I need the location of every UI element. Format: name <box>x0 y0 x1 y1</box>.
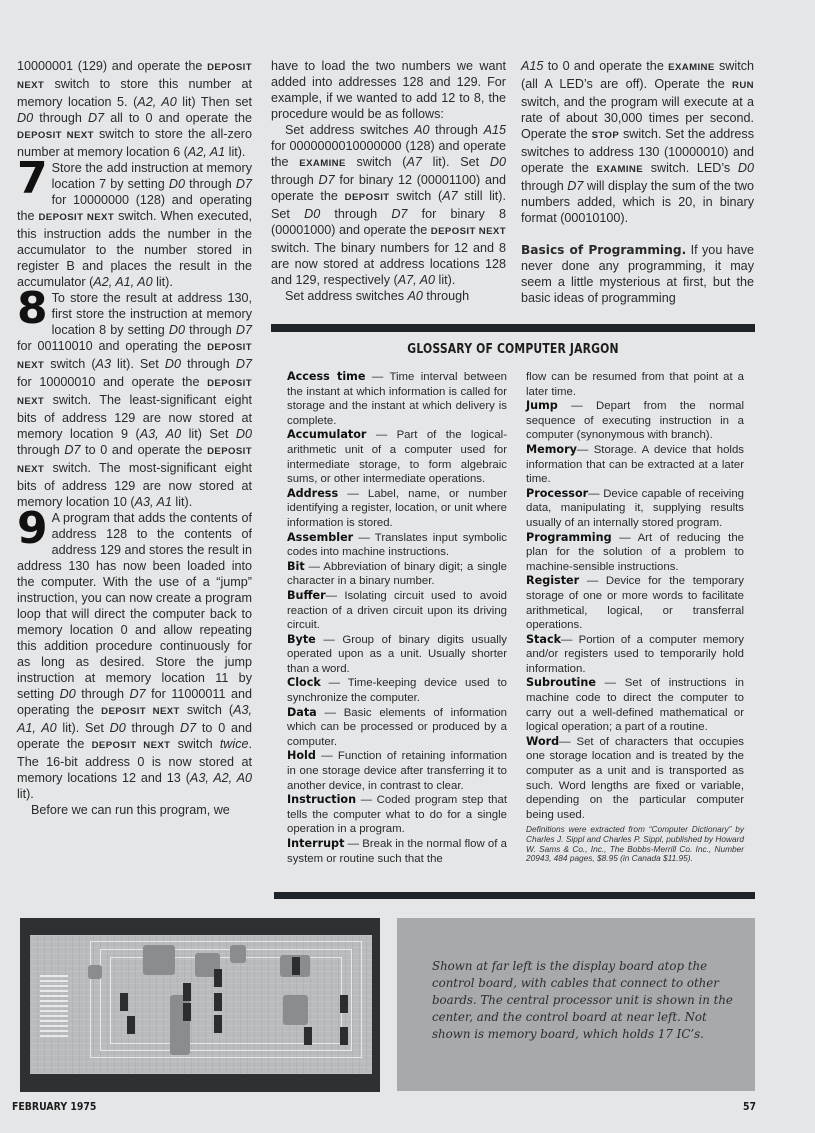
text-run: through <box>17 443 64 457</box>
text-run: lit). <box>435 273 455 287</box>
italic-text: D0 <box>738 161 754 175</box>
paragraph-basics: Basics of Programming. If you have never… <box>521 242 754 306</box>
italic-text: D0 <box>169 177 185 191</box>
switch-name: RUN <box>732 80 754 91</box>
italic-text: D7 <box>180 721 196 735</box>
text-run: through <box>185 323 236 337</box>
ic-chip <box>183 983 191 1001</box>
ic-chip <box>292 957 300 975</box>
step-9: 9A program that adds the contents of add… <box>17 510 252 802</box>
italic-text: D0 <box>490 155 506 169</box>
italic-text: A15 <box>521 59 543 73</box>
glossary-entry: Word— Set of characters that occupies on… <box>526 735 744 823</box>
paragraph-intro: 10000001 (129) and operate the DEPOSIT N… <box>17 58 252 160</box>
ic-chip <box>340 995 348 1013</box>
glossary-term: Interrupt <box>287 837 344 850</box>
italic-text: A3, A2, A0 <box>190 771 252 785</box>
subhead-basics: Basics of Programming. <box>521 243 686 257</box>
article-column-2: have to load the two numbers we want add… <box>271 58 506 304</box>
glossary-definition: — Depart from the normal sequence of exe… <box>526 400 744 441</box>
glossary-definition: — Group of binary digits usually operate… <box>287 634 507 675</box>
italic-text: A2, A1, A0 <box>93 275 152 289</box>
board-image <box>30 935 372 1074</box>
glossary-entry: Register — Device for the temporary stor… <box>526 574 744 632</box>
text-run: lit). <box>17 787 34 801</box>
text-run: for 10000010 and operate the <box>17 375 207 389</box>
glossary-term: Jump <box>526 399 558 412</box>
circuit-board-photo <box>20 918 380 1092</box>
text-run: switch. The binary numbers for 12 and 8 … <box>271 241 506 287</box>
glossary-column-1: Access time — Time interval between the … <box>287 370 507 866</box>
glossary-entry: Interrupt — Break in the normal flow of … <box>287 837 507 866</box>
glossary-entry: Stack— Portion of a computer memory and/… <box>526 633 744 677</box>
glossary-term: Subroutine <box>526 676 596 689</box>
italic-text: A3, A0 <box>140 427 181 441</box>
text-run: through <box>126 721 180 735</box>
edge-connector-pads <box>40 975 68 1037</box>
text-run: through <box>76 687 130 701</box>
italic-text: A3 <box>96 357 111 371</box>
italic-text: D7 <box>567 179 583 193</box>
italic-text: A7 <box>442 189 457 203</box>
switch-name: EXAMINE <box>597 164 644 175</box>
switch-name: DEPOSIT NEXT <box>101 706 180 717</box>
text-run: through <box>271 173 319 187</box>
text-run: Set address switches <box>285 289 408 303</box>
switch-name: STOP <box>592 130 620 141</box>
text-run: lit). <box>153 275 173 289</box>
text-run: Before we can run this program, we <box>31 803 230 817</box>
ic-chip <box>304 1027 312 1045</box>
text-run: A program that adds the contents of addr… <box>17 511 252 701</box>
glossary-source-note: Definitions were extracted from “Compute… <box>526 825 744 863</box>
text-run: lit) Then set <box>177 95 252 109</box>
glossary-entry: Clock — Time-keeping device used to sync… <box>287 676 507 705</box>
glossary-term: Memory <box>526 443 577 456</box>
paragraph-1: have to load the two numbers we want add… <box>271 58 506 122</box>
glossary-entry: Bit — Abbreviation of binary digit; a si… <box>287 560 507 589</box>
italic-text: A0 <box>408 289 423 303</box>
text-run: 10000001 (129) and operate the <box>17 59 207 73</box>
italic-text: D0 <box>110 721 126 735</box>
paragraph-2: Set address switches A0 through A15 for … <box>271 122 506 288</box>
glossary-definition: — Function of retaining information in o… <box>287 750 507 791</box>
article-column-3: A15 to 0 and operate the EXAMINE switch … <box>521 58 754 306</box>
glossary-title: GLOSSARY OF COMPUTER JARGON <box>315 342 712 357</box>
glossary-entry: Address — Label, name, or number identif… <box>287 487 507 531</box>
text-run: through <box>33 111 88 125</box>
glossary-definition: — Time-keeping device used to synchroniz… <box>287 677 507 704</box>
text-run: all to 0 and operate the <box>104 111 252 125</box>
glossary-entry: Jump — Depart from the normal sequence o… <box>526 399 744 443</box>
switch-name: DEPOSIT NEXT <box>17 130 94 141</box>
italic-text: D0 <box>169 323 185 337</box>
article-column-1: 10000001 (129) and operate the DEPOSIT N… <box>17 58 252 818</box>
text-run: switch <box>170 737 219 751</box>
step-number-7: 7 <box>17 162 48 196</box>
page-number: 57 <box>743 1100 756 1113</box>
photo-caption: Shown at far left is the display board a… <box>432 958 742 1043</box>
text-run: through <box>320 207 391 221</box>
text-run: have to load the two numbers we want add… <box>271 59 506 121</box>
text-run: to 0 and operate the <box>80 443 207 457</box>
italic-text: A2, A0 <box>137 95 176 109</box>
glossary-term: Buffer <box>287 589 326 602</box>
glossary-entry: Assembler — Translates input symbolic co… <box>287 531 507 560</box>
text-run: to 0 and operate the <box>543 59 668 73</box>
glossary-term: Address <box>287 487 338 500</box>
glossary-entry: Memory— Storage. A device that holds inf… <box>526 443 744 487</box>
italic-text: D7 <box>236 323 252 337</box>
ic-chip <box>214 993 222 1011</box>
glossary-term: Byte <box>287 633 316 646</box>
text-run: through <box>429 123 483 137</box>
text-run: for 00110010 and operating the <box>17 339 207 353</box>
ic-chip <box>340 1027 348 1045</box>
text-run: lit). Set <box>57 721 110 735</box>
glossary-entry: Subroutine — Set of instructions in mach… <box>526 676 744 734</box>
issue-date: FEBRUARY 1975 <box>12 1100 96 1113</box>
text-run: switch ( <box>390 189 443 203</box>
text-run: switch ( <box>346 155 407 169</box>
text-run: through <box>423 289 469 303</box>
glossary-entry: Programming — Art of reducing the plan f… <box>526 531 744 575</box>
switch-name: DEPOSIT <box>345 192 390 203</box>
glossary-definition: — Abbreviation of binary digit; a single… <box>287 561 507 588</box>
italic-text: D7 <box>236 357 252 371</box>
italic-text: D0 <box>304 207 320 221</box>
italic-text: A2, A1 <box>188 145 225 159</box>
glossary-term: Word <box>526 735 559 748</box>
text-run: lit). <box>172 495 192 509</box>
italic-text: A7, A0 <box>398 273 435 287</box>
italic-text: D7 <box>129 687 145 701</box>
glossary-term: Programming <box>526 531 612 544</box>
glossary-term: Register <box>526 574 579 587</box>
text-run: switch ( <box>44 357 95 371</box>
italic-text: D7 <box>64 443 80 457</box>
glossary-term: Clock <box>287 676 321 689</box>
italic-text: twice <box>220 737 249 751</box>
glossary-entry: Processor— Device capable of receiving d… <box>526 487 744 531</box>
step-number-9: 9 <box>17 512 48 546</box>
glossary-definition: — Basic elements of information which ca… <box>287 707 507 748</box>
component <box>88 965 102 979</box>
glossary-term: Assembler <box>287 531 353 544</box>
paragraph-3: Set address switches A0 through <box>271 288 506 304</box>
italic-text: D0 <box>165 357 181 371</box>
glossary-entry: Instruction — Coded program step that te… <box>287 793 507 837</box>
text-run: through <box>521 179 567 193</box>
text-run: lit). <box>225 145 245 159</box>
step-8: 8To store the result at address 130, fir… <box>17 290 252 510</box>
italic-text: D7 <box>319 173 335 187</box>
text-run: Set address switches <box>285 123 414 137</box>
glossary-term: Data <box>287 706 317 719</box>
italic-text: D7 <box>391 207 407 221</box>
glossary-entry: Buffer— Isolating circuit used to avoid … <box>287 589 507 633</box>
switch-name: DEPOSIT NEXT <box>38 212 114 223</box>
step-number-8: 8 <box>17 292 48 326</box>
italic-text: A7 <box>407 155 422 169</box>
text-run: through <box>181 357 236 371</box>
switch-name: EXAMINE <box>668 62 715 73</box>
italic-text: A0 <box>414 123 429 137</box>
text-run: lit). Set <box>111 357 165 371</box>
glossary-entry: Access time — Time interval between the … <box>287 370 507 428</box>
italic-text: D0 <box>60 687 76 701</box>
glossary-term: Processor <box>526 487 588 500</box>
ic-chip <box>214 969 222 987</box>
glossary-entry: Accumulator — Part of the logical-arithm… <box>287 428 507 486</box>
italic-text: D0 <box>17 111 33 125</box>
ic-chip <box>214 1015 222 1033</box>
glossary-term: Accumulator <box>287 428 366 441</box>
photo-caption-box: Shown at far left is the display board a… <box>397 918 755 1091</box>
text-run: through <box>185 177 236 191</box>
component <box>230 945 246 963</box>
glossary-entry: Data — Basic elements of information whi… <box>287 706 507 750</box>
text-run: switch ( <box>180 703 233 717</box>
component <box>283 995 308 1025</box>
ic-chip <box>183 1003 191 1021</box>
switch-name: DEPOSIT NEXT <box>431 226 506 237</box>
glossary-term: Bit <box>287 560 305 573</box>
glossary-term: Stack <box>526 633 561 646</box>
paragraph-1: A15 to 0 and operate the EXAMINE switch … <box>521 58 754 226</box>
text-run: lit). Set <box>422 155 490 169</box>
text-run: switch. LED’s <box>643 161 738 175</box>
glossary-column-2: flow can be resumed from that point at a… <box>526 370 744 864</box>
ic-chip <box>120 993 128 1011</box>
step-7: 7Store the add instruction at memory loc… <box>17 160 252 290</box>
italic-text: D7 <box>236 177 252 191</box>
glossary-term: Hold <box>287 749 316 762</box>
italic-text: A15 <box>484 123 506 137</box>
glossary-definition: — Set of characters that occupies one st… <box>526 736 744 821</box>
switch-name: DEPOSIT NEXT <box>92 740 171 751</box>
component <box>143 945 175 975</box>
text-run: lit) Set <box>181 427 236 441</box>
glossary-entry: Hold — Function of retaining information… <box>287 749 507 793</box>
glossary-continuation: flow can be resumed from that point at a… <box>526 370 744 399</box>
glossary-term: Access time <box>287 370 365 383</box>
italic-text: A3, A1 <box>135 495 172 509</box>
switch-name: EXAMINE <box>299 158 346 169</box>
glossary-term: Instruction <box>287 793 356 806</box>
paragraph-last: Before we can run this program, we <box>17 802 252 818</box>
glossary-entry: Byte — Group of binary digits usually op… <box>287 633 507 677</box>
italic-text: D7 <box>88 111 104 125</box>
ic-chip <box>127 1016 135 1034</box>
glossary-top-rule <box>271 324 755 332</box>
glossary-bottom-rule <box>274 892 755 899</box>
italic-text: D0 <box>236 427 252 441</box>
